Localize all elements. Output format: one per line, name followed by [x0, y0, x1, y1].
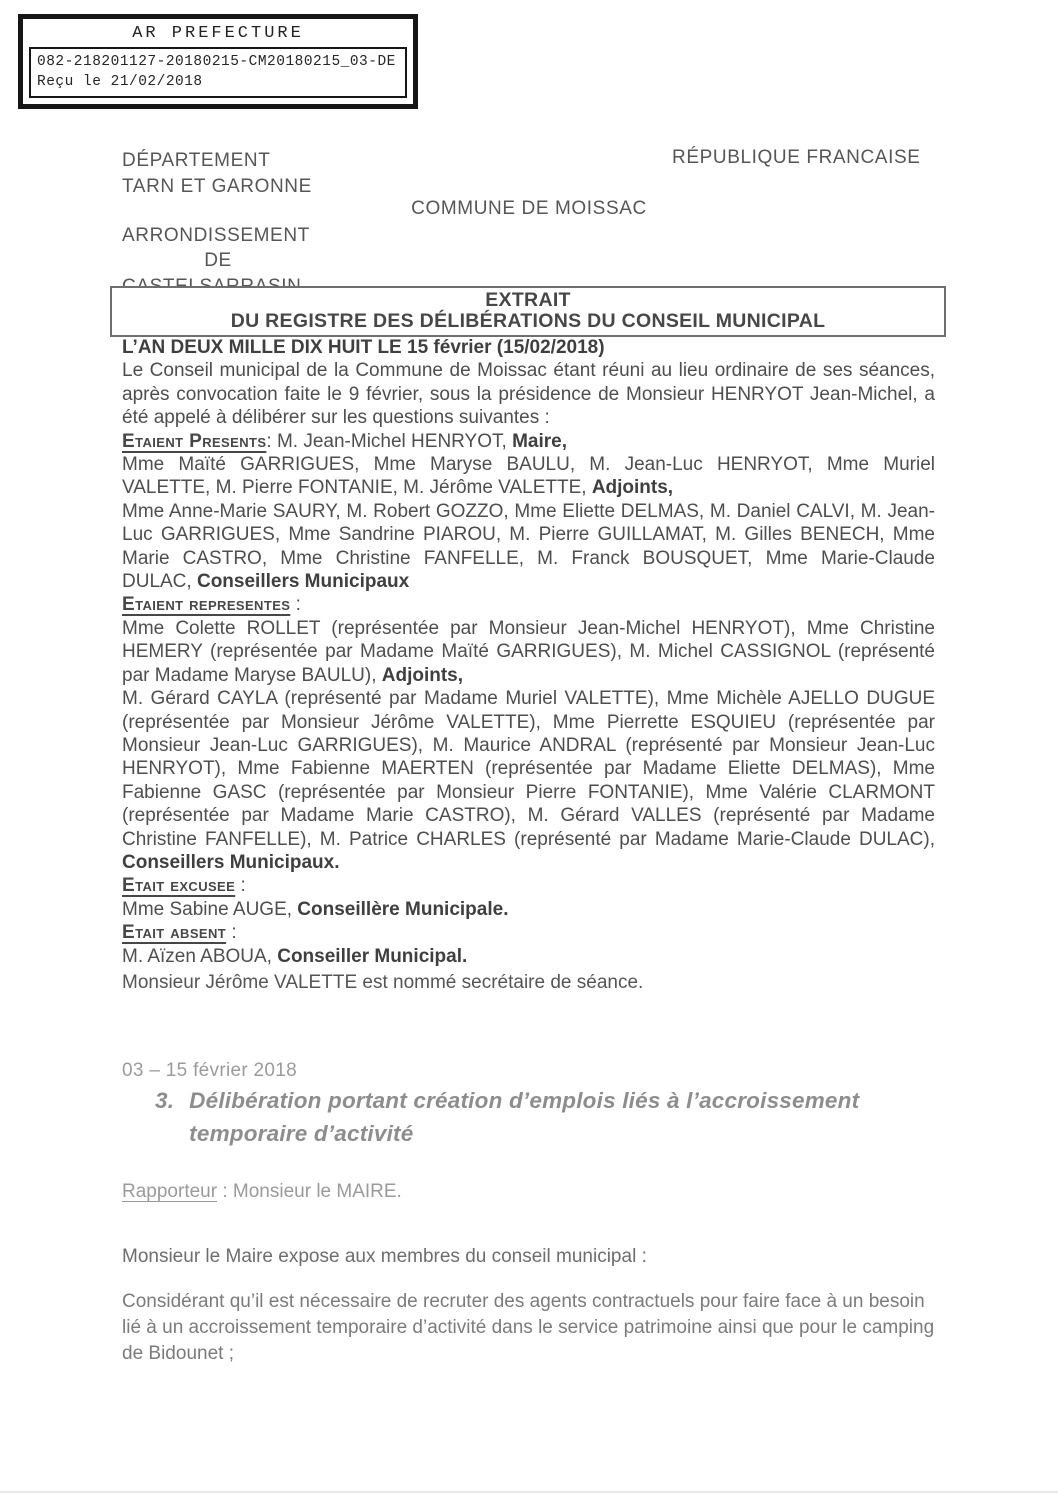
arrondissement-de: DE [122, 250, 314, 272]
considerant-paragraph: Considérant qu’il est nécessaire de recr… [122, 1289, 944, 1367]
extract-title-line1: EXTRAIT [112, 290, 944, 311]
department-name: TARN ET GARONNE [122, 176, 312, 198]
session-date-line: L’AN DEUX MILLE DIX HUIT LE 15 février (… [122, 336, 935, 359]
excused-line: Mme Sabine AUGE, Conseillère Municipale. [122, 898, 935, 921]
absent-role: Conseiller Municipal. [277, 946, 467, 967]
rapporteur-value: : Monsieur le MAIRE. [217, 1181, 402, 1202]
represented-adjoints-role: Adjoints, [382, 665, 463, 686]
present-section-label: Etaient Presents [122, 431, 266, 452]
represented-heading: Etaient representes : [122, 593, 935, 616]
stamp-inner-box: 082-218201127-20180215-CM20180215_03-DE … [29, 47, 407, 98]
session-text-block: L’AN DEUX MILLE DIX HUIT LE 15 février (… [122, 336, 935, 968]
represented-adjoints: Mme Colette ROLLET (représentée par Mons… [122, 617, 935, 687]
department-label: DÉPARTEMENT [122, 150, 270, 172]
arrondissement-label: ARRONDISSEMENT [122, 225, 310, 247]
scanned-deliberation-page: AR PREFECTURE 082-218201127-20180215-CM2… [0, 0, 1058, 1496]
represented-conseillers: M. Gérard CAYLA (représenté par Madame M… [122, 687, 935, 874]
present-conseillers-role: Conseillers Municipaux [197, 571, 409, 592]
present-mayor-role: Maire, [512, 431, 567, 452]
prefecture-stamp: AR PREFECTURE 082-218201127-20180215-CM2… [18, 14, 418, 109]
session-intro: Le Conseil municipal de la Commune de Mo… [122, 359, 935, 429]
excused-role: Conseillère Municipale. [297, 899, 508, 920]
deliberation-number: 3. [155, 1084, 174, 1150]
scan-edge-line [0, 1491, 1058, 1493]
extract-title-box: EXTRAIT DU REGISTRE DES DÉLIBÉRATIONS DU… [110, 286, 946, 337]
republic-title: RÉPUBLIQUE FRANCAISE [672, 147, 921, 169]
present-line: Etaient Presents: M. Jean-Michel HENRYOT… [122, 430, 935, 453]
represented-adjoints-names: Mme Colette ROLLET (représentée par Mons… [122, 618, 935, 686]
represented-section-label: Etaient representes [122, 594, 290, 615]
present-adjoints: Mme Maïté GARRIGUES, Mme Maryse BAULU, M… [122, 453, 935, 500]
deliberation-heading: 3. Délibération portant création d’emplo… [155, 1084, 955, 1150]
present-adjoints-names: Mme Maïté GARRIGUES, Mme Maryse BAULU, M… [122, 454, 935, 498]
extract-title-line2: DU REGISTRE DES DÉLIBÉRATIONS DU CONSEIL… [112, 311, 944, 332]
deliberation-reference: 03 – 15 février 2018 [122, 1060, 297, 1082]
excused-name: Mme Sabine AUGE, [122, 899, 297, 920]
excused-heading: Etait excusee : [122, 874, 935, 897]
present-mayor: : M. Jean-Michel HENRYOT, [266, 431, 512, 452]
absent-name: M. Aïzen ABOUA, [122, 946, 277, 967]
expose-line: Monsieur le Maire expose aux membres du … [122, 1246, 647, 1268]
excused-section-label: Etait excusee [122, 875, 235, 896]
present-adjoints-role: Adjoints, [592, 477, 673, 498]
absent-line: M. Aïzen ABOUA, Conseiller Municipal. [122, 945, 935, 968]
represented-conseillers-names: M. Gérard CAYLA (représenté par Madame M… [122, 688, 935, 849]
excused-colon: : [235, 875, 246, 896]
rapporteur-line: Rapporteur : Monsieur le MAIRE. [122, 1181, 402, 1203]
deliberation-title: Délibération portant création d’emplois … [189, 1084, 955, 1150]
absent-heading: Etait absent : [122, 921, 935, 944]
represented-conseillers-role: Conseillers Municipaux. [122, 852, 340, 873]
stamp-reference-number: 082-218201127-20180215-CM20180215_03-DE [37, 52, 399, 72]
represented-colon: : [290, 594, 301, 615]
secretary-line: Monsieur Jérôme VALETTE est nommé secrét… [122, 972, 643, 994]
rapporteur-label: Rapporteur [122, 1181, 217, 1202]
absent-colon: : [226, 922, 237, 943]
present-conseillers: Mme Anne-Marie SAURY, M. Robert GOZZO, M… [122, 500, 935, 594]
commune-title: COMMUNE DE MOISSAC [0, 198, 1058, 220]
stamp-title: AR PREFECTURE [29, 24, 407, 43]
absent-section-label: Etait absent [122, 922, 226, 943]
stamp-received-date: Reçu le 21/02/2018 [37, 72, 399, 92]
